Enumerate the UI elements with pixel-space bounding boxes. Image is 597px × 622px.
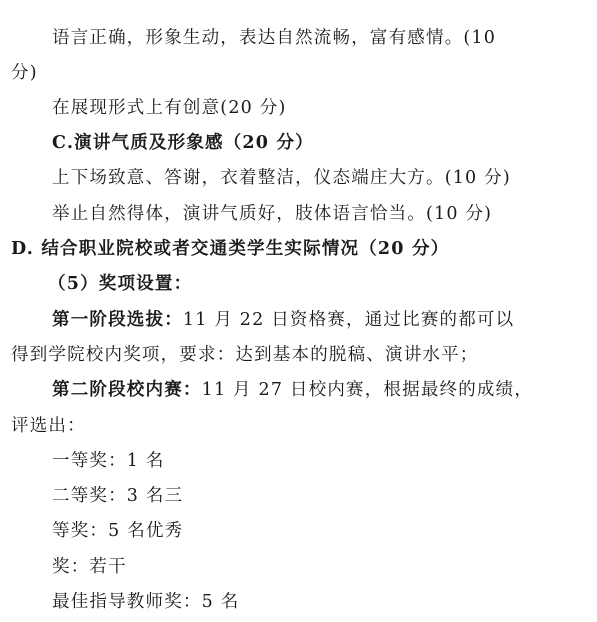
text: 举止自然得体，演讲气质好，肢体语言恰当。(10 分) (52, 204, 492, 224)
text: 评选出： (11, 416, 86, 436)
stage-one-line-continued: 得到学院校内奖项，要求：达到基本的脱稿、演讲水平； (11, 344, 479, 366)
text: 分) (11, 63, 38, 83)
heading-text: D. 结合职业院校或者交通类学生实际情况（20 分） (11, 239, 449, 259)
criteria-language-line-continued: 分) (11, 62, 38, 84)
text: 二等奖：3 名三 (52, 486, 183, 506)
stage-one-label: 第一阶段选拔： (52, 310, 183, 330)
criteria-demeanor-line: 举止自然得体，演讲气质好，肢体语言恰当。(10 分) (52, 203, 492, 225)
stage-two-label: 第二阶段校内赛： (52, 380, 202, 400)
criteria-creativity-line: 在展现形式上有创意(20 分) (52, 97, 287, 119)
award-excellence-prize: 奖：若干 (52, 556, 127, 578)
document-page: 语言正确，形象生动，表达自然流畅，富有感情。(10 分) 在展现形式上有创意(2… (0, 0, 597, 622)
text: 最佳指导教师奖：5 名 (52, 592, 239, 612)
text: 等奖：5 名优秀 (52, 521, 183, 541)
text: 11 月 27 日校内赛，根据最终的成绩， (202, 380, 533, 400)
stage-two-line: 第二阶段校内赛：11 月 27 日校内赛，根据最终的成绩， (52, 379, 533, 401)
award-third-prize: 等奖：5 名优秀 (52, 520, 183, 542)
award-first-prize: 一等奖：1 名 (52, 450, 165, 472)
awards-heading: （5）奖项设置： (48, 273, 192, 295)
stage-two-line-continued: 评选出： (11, 415, 86, 437)
criteria-language-line: 语言正确，形象生动，表达自然流畅，富有感情。(10 (52, 27, 496, 49)
heading-text: C.演讲气质及形象感（20 分） (52, 133, 314, 153)
text: 11 月 22 日资格赛，通过比赛的都可以 (183, 310, 514, 330)
stage-one-line: 第一阶段选拔：11 月 22 日资格赛，通过比赛的都可以 (52, 309, 514, 331)
text: 奖：若干 (52, 557, 127, 577)
text: 得到学院校内奖项，要求：达到基本的脱稿、演讲水平； (11, 345, 479, 365)
section-c-heading: C.演讲气质及形象感（20 分） (52, 132, 314, 154)
criteria-etiquette-line: 上下场致意、答谢，衣着整洁，仪态端庄大方。(10 分) (52, 167, 511, 189)
text: 在展现形式上有创意(20 分) (52, 98, 287, 118)
text: 一等奖：1 名 (52, 451, 165, 471)
award-second-prize: 二等奖：3 名三 (52, 485, 183, 507)
text: 语言正确，形象生动，表达自然流畅，富有感情。(10 (52, 28, 496, 48)
heading-text: （5）奖项设置： (48, 274, 192, 294)
section-d-heading: D. 结合职业院校或者交通类学生实际情况（20 分） (11, 238, 449, 260)
award-best-instructor: 最佳指导教师奖：5 名 (52, 591, 239, 613)
text: 上下场致意、答谢，衣着整洁，仪态端庄大方。(10 分) (52, 168, 511, 188)
